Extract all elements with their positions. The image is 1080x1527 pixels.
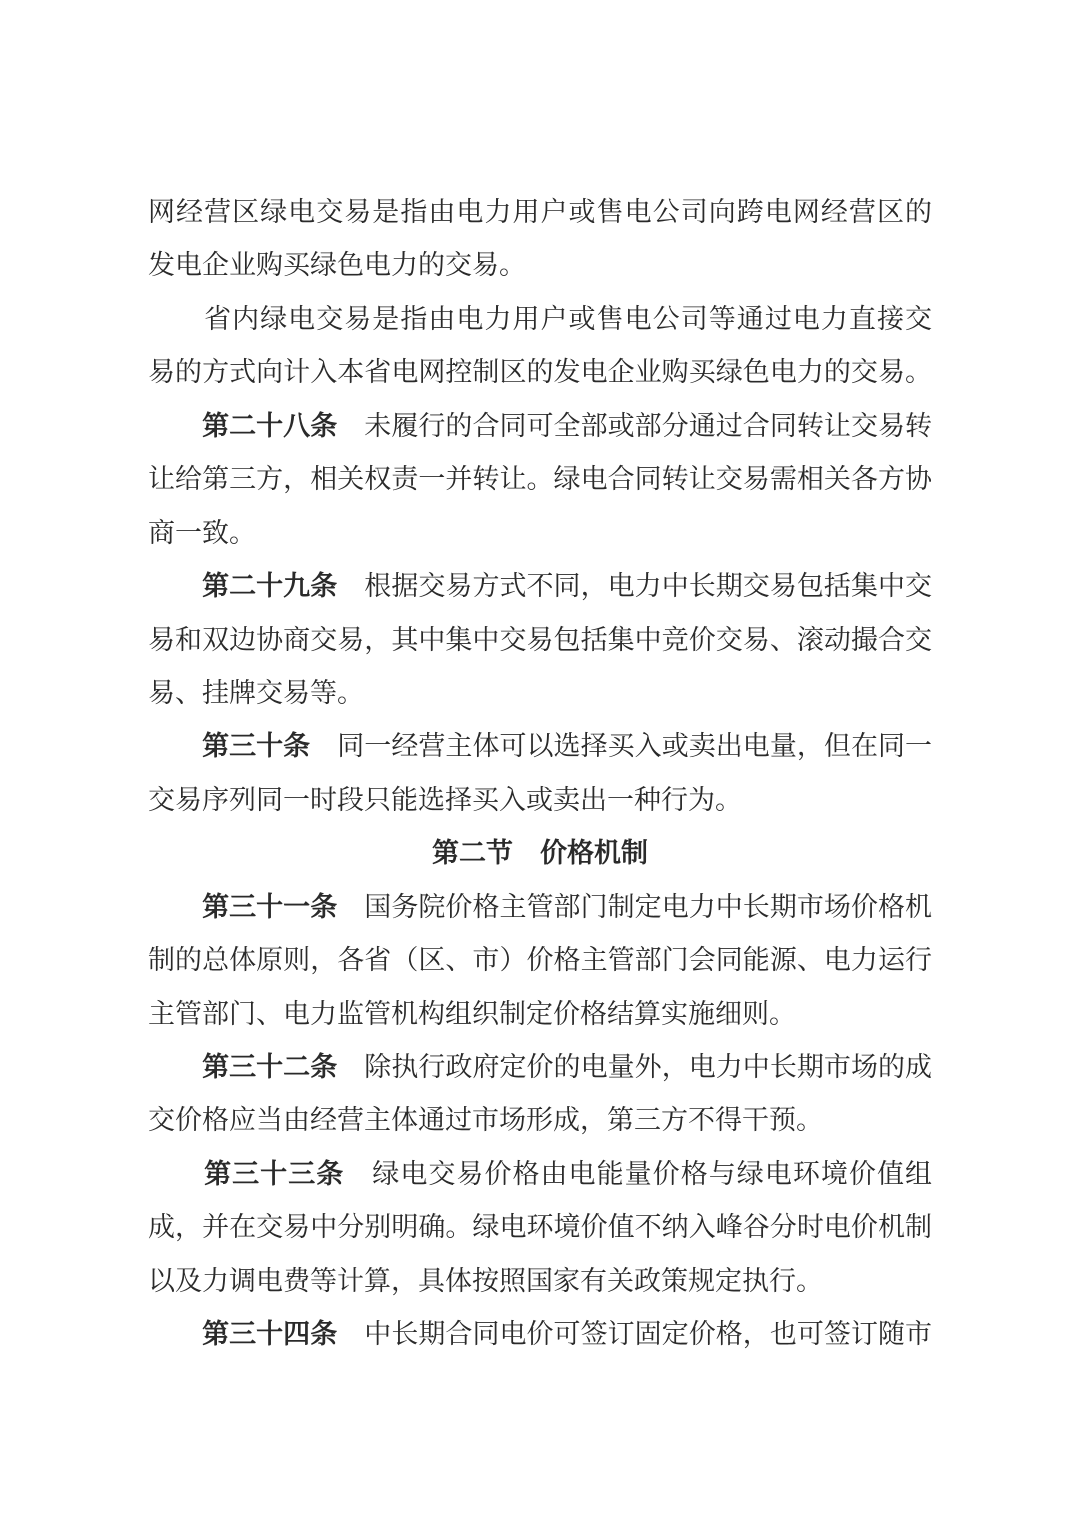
article-31-line-2: 制的总体原则，各省（区、市）价格主管部门会同能源、电力运行 <box>148 934 932 987</box>
article-28-line-2: 让给第三方，相关权责一并转让。绿电合同转让交易需相关各方协 <box>148 453 932 506</box>
text-run: 绿电交易价格由电能量价格与绿电环境价值组 <box>344 1159 932 1189</box>
section-2-heading-line-1: 第二节 价格机制 <box>148 827 932 880</box>
text-run <box>148 1319 202 1349</box>
article-29-line-1: 第二十九条 根据交易方式不同，电力中长期交易包括集中交 <box>148 560 932 613</box>
text-run: 同一经营主体可以选择买入或卖出电量，但在同一 <box>310 731 932 761</box>
document-body: 网经营区绿电交易是指由电力用户或售电公司向跨电网经营区的发电企业购买绿色电力的交… <box>148 186 932 1362</box>
article-33-line-2: 成，并在交易中分别明确。绿电环境价值不纳入峰谷分时电价机制 <box>148 1201 932 1254</box>
article-number: 第三十条 <box>202 731 310 761</box>
article-28-line-1: 第二十八条 未履行的合同可全部或部分通过合同转让交易转 <box>148 400 932 453</box>
text-run: 让给第三方，相关权责一并转让。绿电合同转让交易需相关各方协 <box>148 464 932 494</box>
document-page: 网经营区绿电交易是指由电力用户或售电公司向跨电网经营区的发电企业购买绿色电力的交… <box>0 0 1080 1527</box>
text-run: 除执行政府定价的电量外，电力中长期市场的成 <box>337 1052 932 1082</box>
article-30-line-2: 交易序列同一时段只能选择买入或卖出一种行为。 <box>148 774 932 827</box>
text-run: 交价格应当由经营主体通过市场形成，第三方不得干预。 <box>148 1105 823 1135</box>
paragraph-cross-grid-green-power-line-2: 发电企业购买绿色电力的交易。 <box>148 239 932 292</box>
text-run <box>148 1052 202 1082</box>
article-34-line-1: 第三十四条 中长期合同电价可签订固定价格，也可签订随市 <box>148 1308 932 1361</box>
text-run: 易和双边协商交易，其中集中交易包括集中竞价交易、滚动撮合交 <box>148 625 932 655</box>
article-32-line-2: 交价格应当由经营主体通过市场形成，第三方不得干预。 <box>148 1094 932 1147</box>
article-29-line-3: 易、挂牌交易等。 <box>148 667 932 720</box>
text-run: 中长期合同电价可签订固定价格，也可签订随市 <box>337 1319 932 1349</box>
article-number: 第三十三条 <box>204 1159 344 1189</box>
article-31-line-3: 主管部门、电力监管机构组织制定价格结算实施细则。 <box>148 988 932 1041</box>
text-run: 制的总体原则，各省（区、市）价格主管部门会同能源、电力运行 <box>148 945 932 975</box>
text-run <box>148 571 202 601</box>
text-run: 网经营区绿电交易是指由电力用户或售电公司向跨电网经营区的 <box>148 197 932 227</box>
text-run: 发电企业购买绿色电力的交易。 <box>148 250 526 280</box>
text-run: 未履行的合同可全部或部分通过合同转让交易转 <box>337 411 932 441</box>
section-heading-text: 第二节 价格机制 <box>432 838 648 868</box>
paragraph-provincial-green-power-line-1: 省内绿电交易是指由电力用户或售电公司等通过电力直接交 <box>148 293 932 346</box>
article-33-line-1: 第三十三条 绿电交易价格由电能量价格与绿电环境价值组 <box>148 1148 932 1201</box>
text-run: 成，并在交易中分别明确。绿电环境价值不纳入峰谷分时电价机制 <box>148 1212 932 1242</box>
article-number: 第二十八条 <box>202 411 337 441</box>
text-run: 根据交易方式不同，电力中长期交易包括集中交 <box>337 571 932 601</box>
text-run: 主管部门、电力监管机构组织制定价格结算实施细则。 <box>148 999 796 1029</box>
article-33-line-3: 以及力调电费等计算，具体按照国家有关政策规定执行。 <box>148 1255 932 1308</box>
text-run: 省内绿电交易是指由电力用户或售电公司等通过电力直接交 <box>148 304 932 334</box>
text-run: 商一致。 <box>148 518 256 548</box>
article-number: 第三十一条 <box>202 892 337 922</box>
article-31-line-1: 第三十一条 国务院价格主管部门制定电力中长期市场价格机 <box>148 881 932 934</box>
article-32-line-1: 第三十二条 除执行政府定价的电量外，电力中长期市场的成 <box>148 1041 932 1094</box>
article-28-line-3: 商一致。 <box>148 507 932 560</box>
paragraph-cross-grid-green-power-line-1: 网经营区绿电交易是指由电力用户或售电公司向跨电网经营区的 <box>148 186 932 239</box>
text-run: 以及力调电费等计算，具体按照国家有关政策规定执行。 <box>148 1266 823 1296</box>
article-number: 第二十九条 <box>202 571 337 601</box>
text-run <box>148 411 202 441</box>
text-run: 易、挂牌交易等。 <box>148 678 364 708</box>
text-run <box>148 892 202 922</box>
text-run: 交易序列同一时段只能选择买入或卖出一种行为。 <box>148 785 742 815</box>
paragraph-provincial-green-power-line-2: 易的方式向计入本省电网控制区的发电企业购买绿色电力的交易。 <box>148 346 932 399</box>
text-run: 易的方式向计入本省电网控制区的发电企业购买绿色电力的交易。 <box>148 357 932 387</box>
article-number: 第三十二条 <box>202 1052 337 1082</box>
text-run: 国务院价格主管部门制定电力中长期市场价格机 <box>337 892 932 922</box>
article-29-line-2: 易和双边协商交易，其中集中交易包括集中竞价交易、滚动撮合交 <box>148 614 932 667</box>
text-run <box>148 731 202 761</box>
text-run <box>148 1159 204 1189</box>
article-30-line-1: 第三十条 同一经营主体可以选择买入或卖出电量，但在同一 <box>148 720 932 773</box>
article-number: 第三十四条 <box>202 1319 337 1349</box>
